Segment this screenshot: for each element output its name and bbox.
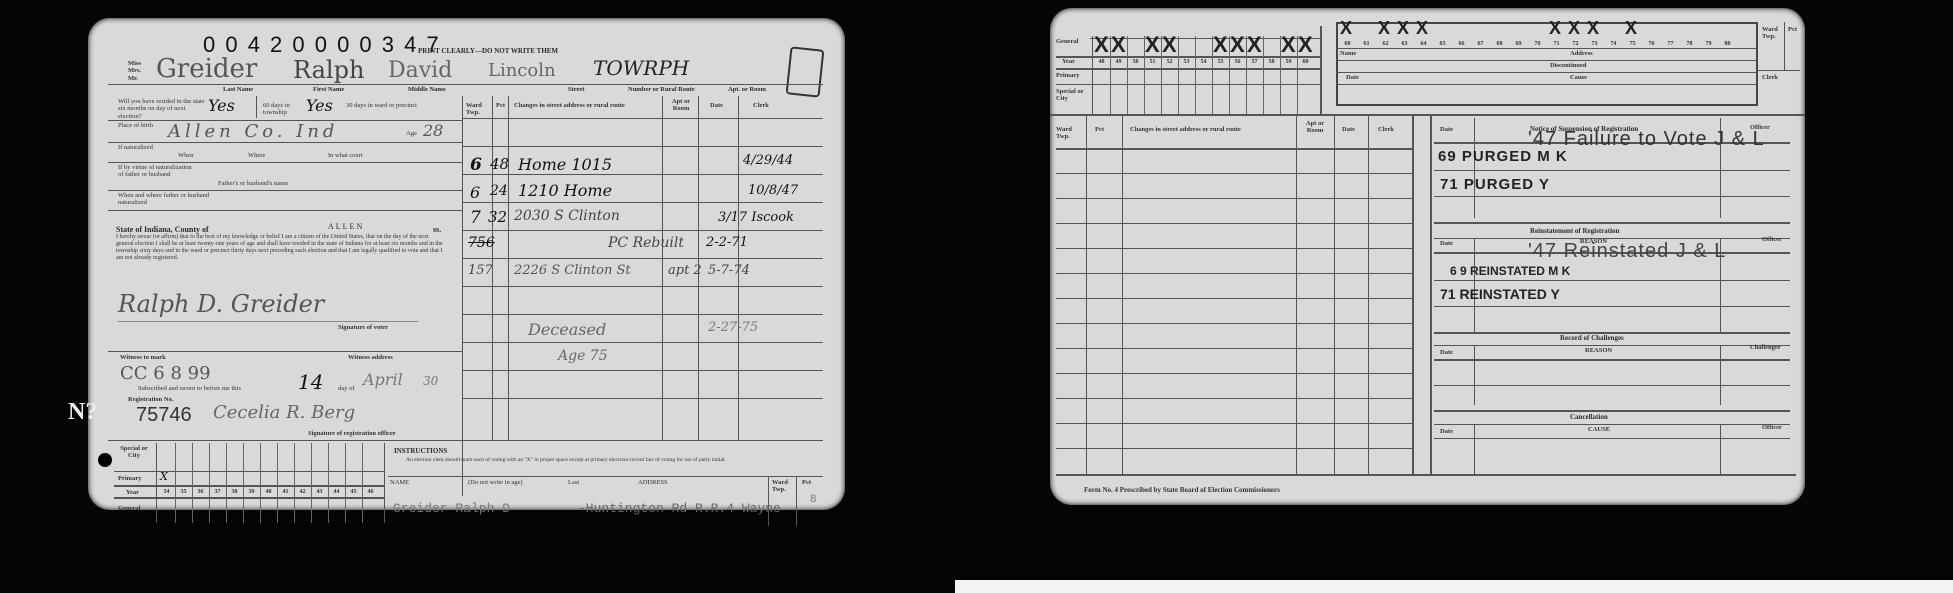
when-label: When — [178, 152, 194, 159]
row-label-special: Special or City — [1056, 88, 1092, 103]
year-cell: 41 — [277, 489, 294, 495]
registration-number: 75746 — [136, 404, 192, 427]
year-cell: 79 — [1699, 41, 1718, 47]
vote-mark: X — [1094, 32, 1109, 58]
cancellation-title: Cancellation — [1570, 414, 1608, 421]
year-cell: 69 — [1509, 41, 1528, 47]
signature-label: Signature of voter — [338, 324, 388, 331]
row-address: Deceased — [528, 320, 606, 339]
year-cell: 64 — [1414, 41, 1433, 47]
divider — [1178, 36, 1179, 114]
row-date: 4/29/44 — [743, 153, 793, 168]
punch-hole — [98, 453, 112, 467]
typed-name: Greider Ralph D — [393, 501, 510, 516]
year-cell: 42 — [294, 489, 311, 495]
divider — [1434, 306, 1790, 307]
when-where-label: When and where father or husband natural… — [118, 192, 228, 207]
col-date: Date — [710, 102, 723, 109]
clerk-stamp — [786, 46, 825, 97]
divider — [1056, 298, 1412, 299]
year-cell: 45 — [345, 489, 362, 495]
vote-mark: X — [1378, 18, 1390, 39]
divider — [462, 174, 823, 175]
challenges-date-label: Date — [1440, 349, 1453, 356]
street-label: Street — [568, 87, 584, 94]
year-cell: 51 — [1144, 59, 1161, 65]
year-cell: 73 — [1585, 41, 1604, 47]
last-label: Last — [568, 479, 579, 486]
year-cell: 40 — [260, 489, 277, 495]
year-cell: 56 — [1229, 59, 1246, 65]
divider — [462, 118, 823, 119]
vote-mark: X — [1549, 18, 1561, 39]
year-cell: 35 — [175, 489, 192, 495]
witness-mark-label: Witness to mark — [120, 354, 166, 361]
name-sub-label: Name — [1340, 50, 1356, 57]
divider — [462, 314, 823, 315]
year-cell: 54 — [1195, 59, 1212, 65]
divider — [1756, 70, 1800, 71]
divider — [1720, 345, 1721, 405]
row-address: Home 1015 — [518, 155, 612, 174]
registration-no-label: Registration No. — [128, 396, 174, 403]
clerk-label: Clerk — [1762, 74, 1778, 81]
address-sub-label: Address — [1570, 50, 1593, 57]
divider — [1434, 345, 1790, 346]
date-sub-label: Date — [1346, 74, 1359, 81]
row-label-general: General — [118, 505, 140, 512]
divider — [1368, 114, 1369, 474]
divider — [108, 84, 823, 85]
row-address: 1210 Home — [518, 181, 612, 200]
col-apt: Apt or Room — [666, 98, 696, 113]
divider — [108, 162, 462, 163]
divider — [1056, 68, 1321, 70]
challenges-reason-label: REASON — [1585, 347, 1612, 354]
form-footer: Form No. 4 Prescribed by State Board of … — [1084, 486, 1280, 494]
divider — [1056, 248, 1412, 249]
divider — [1056, 223, 1412, 224]
divider — [1784, 22, 1785, 70]
row-ward: 6 — [470, 183, 480, 202]
witness-code: CC 6 8 99 — [120, 363, 211, 384]
divider — [209, 443, 210, 523]
row-address: Age 75 — [558, 348, 608, 364]
sworn-month: April — [363, 370, 403, 389]
divider — [1720, 424, 1721, 474]
where-label: Where — [248, 152, 265, 159]
year-cell: 70 — [1528, 41, 1547, 47]
vote-mark: X — [1145, 32, 1160, 58]
divider — [108, 440, 823, 441]
divider — [1334, 114, 1335, 474]
address-label: ADDRESS — [638, 479, 668, 486]
divider — [1336, 84, 1756, 85]
divider — [277, 443, 278, 523]
divider — [1086, 114, 1087, 474]
divider — [1434, 280, 1790, 281]
divider — [118, 321, 418, 322]
vote-mark: X — [1397, 18, 1409, 39]
section-value: TOWRPH — [593, 56, 689, 80]
divider — [1056, 474, 1796, 476]
scan-margin — [955, 580, 1953, 593]
naturalized-label: If naturalized — [118, 144, 168, 151]
pct-label: Pct — [1788, 26, 1797, 33]
thirty-days-label: 30 days in ward or precinct — [346, 102, 426, 109]
section-label: Number or Rural Route — [628, 87, 695, 94]
suspension-entry: 69 PURGED M K — [1438, 148, 1568, 165]
registration-card-back: General Year Primary Special or City 48 … — [1050, 8, 1805, 505]
divider — [108, 190, 462, 191]
divider — [108, 142, 462, 143]
year-cell: 37 — [209, 489, 226, 495]
row-label-primary: Primary — [118, 475, 141, 482]
year-cell: 39 — [243, 489, 260, 495]
year-cell: 53 — [1178, 59, 1195, 65]
divider — [1430, 114, 1432, 474]
divider — [462, 286, 823, 287]
vote-mark: X — [1230, 32, 1245, 58]
last-name: Greider — [156, 54, 257, 84]
header-notice: PRINT CLEARLY—DO NOT WRITE THEM — [418, 48, 558, 55]
row-date: 2-27-75 — [708, 320, 758, 335]
divider — [1050, 114, 1805, 116]
divider — [311, 443, 312, 523]
row-pct: 24 — [490, 183, 508, 199]
divider — [1122, 114, 1123, 474]
year-cell: 65 — [1433, 41, 1452, 47]
cancellation-officer-label: Officer — [1762, 424, 1782, 431]
divider — [1320, 26, 1322, 114]
year-cell: 61 — [1357, 41, 1376, 47]
divider — [175, 443, 176, 523]
middle-name: David — [388, 58, 452, 83]
row-pct: 48 — [490, 155, 509, 173]
virtue-label: If by virtue of naturalization of father… — [118, 164, 198, 179]
divider — [1434, 196, 1790, 197]
sixty-days-value: Yes — [306, 96, 333, 115]
divider — [1434, 170, 1790, 171]
challenger-label: Challenger — [1750, 344, 1781, 351]
divider — [1434, 438, 1790, 439]
typed-pct: 8 — [810, 494, 817, 506]
row-label-year: Year — [126, 489, 139, 496]
divider — [243, 443, 244, 523]
row-label-year: Year — [1062, 58, 1075, 65]
year-cell: 59 — [1280, 59, 1297, 65]
divider — [1056, 373, 1412, 374]
year-cell: 77 — [1661, 41, 1680, 47]
cause-sub-label: Cause — [1570, 74, 1587, 81]
row-label-primary: Primary — [1056, 72, 1079, 79]
divider — [1056, 423, 1412, 424]
reinstatement-title: Reinstatement of Registration — [1530, 228, 1619, 235]
cancellation-cause-label: CAUSE — [1588, 426, 1610, 433]
divider — [1434, 385, 1790, 386]
year-cell: 49 — [1110, 59, 1127, 65]
divider — [1434, 359, 1790, 361]
divider — [1474, 118, 1475, 218]
row-ward: 6 — [470, 155, 482, 175]
birth-place-label: Place of birth — [118, 122, 158, 129]
subscribed-label: Subscribed and sworn to before me this — [138, 385, 241, 392]
year-cell: 75 — [1623, 41, 1642, 47]
divider — [1056, 198, 1412, 199]
vote-mark: X — [1568, 18, 1580, 39]
divider — [1056, 84, 1321, 85]
divider — [156, 443, 157, 523]
row-address: 2030 S Clinton — [514, 208, 620, 224]
instructions-text: An election clerk should mark each of vo… — [406, 457, 806, 463]
vote-mark: X — [1416, 18, 1428, 39]
divider — [260, 443, 261, 523]
divider — [226, 443, 227, 523]
divider — [462, 230, 823, 231]
divider — [114, 471, 384, 472]
row-address: PC Rebuilt — [608, 235, 684, 251]
row-date: 2-2-71 — [706, 235, 748, 250]
year-cell: 44 — [328, 489, 345, 495]
divider — [1056, 323, 1412, 324]
year-cell: 46 — [362, 489, 379, 495]
divider — [462, 398, 823, 399]
cancellation-date-label: Date — [1440, 428, 1453, 435]
divider — [1434, 222, 1790, 224]
year-cell: 76 — [1642, 41, 1661, 47]
year-cell: 67 — [1471, 41, 1490, 47]
divider — [388, 476, 823, 477]
reinstatement-entry: 6 9 REINSTATED M K — [1450, 264, 1570, 278]
col-ward: Ward Twp. — [466, 102, 490, 117]
year-cell: 48 — [1093, 59, 1110, 65]
divider — [294, 443, 295, 523]
divider — [462, 342, 823, 343]
year-cell: 38 — [226, 489, 243, 495]
row-pct: 32 — [488, 208, 507, 226]
year-cell: 57 — [1246, 59, 1263, 65]
col-address: Changes in street address or rural route — [514, 102, 625, 109]
row-ward: 7 — [470, 208, 481, 228]
divider — [462, 202, 823, 203]
officer-signature: Cecelia R. Berg — [213, 402, 355, 423]
divider — [662, 96, 663, 440]
vote-mark: X — [1111, 32, 1126, 58]
age-value: 28 — [423, 121, 443, 140]
col-ward: Ward Twp. — [1056, 126, 1080, 141]
oath-state-line: State of Indiana, County of — [116, 226, 209, 234]
divider — [362, 443, 363, 523]
year-cell: 71 — [1547, 41, 1566, 47]
divider — [345, 443, 346, 523]
divider — [1434, 238, 1790, 239]
col-date: Date — [1342, 126, 1355, 133]
first-name: Ralph — [293, 56, 364, 84]
year-cell: 74 — [1604, 41, 1623, 47]
year-cell: 52 — [1161, 59, 1178, 65]
oath-county: ALLEN — [328, 223, 364, 231]
challenges-title: Record of Challenges — [1560, 335, 1624, 342]
year-cell: 78 — [1680, 41, 1699, 47]
divider — [1195, 36, 1196, 114]
divider — [1263, 36, 1264, 114]
row-address: 2226 S Clinton St — [514, 263, 631, 278]
birth-place-value: Allen Co. Ind — [168, 121, 338, 142]
divider — [1434, 410, 1790, 412]
year-cell: 50 — [1127, 59, 1144, 65]
row-label-special: Special or City — [116, 445, 152, 460]
divider — [1092, 36, 1093, 114]
discontinued-sub-label: Discontinued — [1550, 62, 1586, 69]
divider — [114, 497, 384, 499]
divider — [1434, 424, 1790, 425]
row-pct: 756 — [468, 235, 495, 251]
ward-label: Ward Twp. — [1762, 26, 1782, 41]
divider — [1336, 48, 1756, 49]
divider — [1474, 345, 1475, 405]
witness-address-label: Witness address — [348, 354, 393, 361]
divider — [328, 443, 329, 523]
last-name-label: Last Name — [223, 87, 253, 94]
voter-signature: Ralph D. Greider — [118, 290, 324, 318]
year-cell: 60 — [1338, 41, 1357, 47]
divider — [1336, 72, 1756, 73]
divider — [1412, 114, 1414, 474]
col-clerk: Clerk — [1378, 126, 1394, 133]
divider — [1336, 60, 1756, 61]
year-cell: 36 — [192, 489, 209, 495]
divider — [1296, 114, 1297, 474]
divider — [1056, 348, 1412, 349]
year-cell: 66 — [1452, 41, 1471, 47]
divider — [1474, 424, 1475, 474]
divider — [1056, 398, 1412, 399]
sworn-day: 14 — [298, 370, 323, 394]
row-date: 10/8/47 — [748, 183, 798, 198]
vote-mark: X — [1587, 18, 1599, 39]
reinstatement-officer-label: Officer — [1762, 236, 1782, 243]
year-cell: 63 — [1395, 41, 1414, 47]
divider — [1056, 173, 1412, 174]
divider — [508, 96, 509, 440]
sworn-year: 30 — [423, 374, 438, 388]
divider — [114, 485, 384, 487]
year-cell: 55 — [1212, 59, 1229, 65]
divider — [108, 210, 462, 211]
divider — [1127, 36, 1128, 114]
street-name: Lincoln — [488, 60, 556, 81]
vote-mark: X — [1281, 32, 1296, 58]
instructions-title: INSTRUCTIONS — [394, 448, 447, 455]
divider — [192, 443, 193, 523]
first-name-label: First Name — [313, 87, 344, 94]
row-date: 5-7-74 — [708, 263, 750, 278]
divider — [108, 351, 462, 352]
row-pct: 157 — [468, 263, 493, 278]
divider — [462, 96, 463, 496]
divider — [462, 370, 823, 371]
divider — [1056, 273, 1412, 274]
divider — [384, 443, 385, 523]
col-apt: Apt or Room — [1298, 120, 1332, 135]
day-of-label: day of — [338, 385, 354, 392]
age-label: Age — [406, 130, 417, 137]
vote-mark: X — [1247, 32, 1262, 58]
vote-mark: X — [1213, 32, 1228, 58]
oath-text: I hereby swear (or affirm) that to the b… — [116, 234, 446, 262]
year-cell: 80 — [1718, 41, 1737, 47]
vote-mark: X — [1625, 18, 1637, 39]
registration-card-front: 0 0 4 2 0 0 0 0 3 4 7 PRINT CLEARLY—DO N… — [88, 18, 845, 510]
col-pct: Pct — [1095, 126, 1104, 133]
father-name-label: Father's or husband's name — [218, 180, 288, 187]
name-label: NAME — [390, 479, 409, 486]
year-cell: 34 — [158, 489, 175, 495]
divider — [796, 476, 797, 526]
court-label: In what court — [328, 152, 363, 159]
year-cell: 62 — [1376, 41, 1395, 47]
oath-ss: ss. — [433, 226, 441, 234]
officer-signature-label: Signature of registration officer — [308, 430, 396, 437]
do-not-write-label: (Do not write in age) — [468, 479, 523, 486]
six-months-value: Yes — [208, 96, 235, 115]
divider — [256, 96, 257, 118]
middle-name-label: Middle Name — [408, 87, 446, 94]
year-cell: 58 — [1263, 59, 1280, 65]
reinstatement-entry: 71 REINSTATED Y — [1440, 286, 1560, 302]
title-labels: MissMrs.Mr. — [128, 60, 141, 82]
row-date: 3/17 Iscook — [718, 210, 794, 225]
vote-mark: X — [1162, 32, 1177, 58]
divider — [1056, 448, 1412, 449]
year-cell: 72 — [1566, 41, 1585, 47]
col-address: Changes in street address or rural route — [1130, 126, 1241, 133]
reinstatement-date-label: Date — [1440, 240, 1453, 247]
ward-label: Ward Twp. — [772, 479, 794, 494]
year-cell: 60 — [1297, 59, 1314, 65]
registration-prefix: N? — [68, 399, 97, 426]
suspension-date-label: Date — [1440, 126, 1453, 133]
six-months-label: Will you have resided in the state six m… — [118, 98, 208, 120]
vote-mark: X — [1298, 32, 1313, 58]
pct-label: Pct — [802, 479, 811, 486]
row-apt: apt 2 — [668, 263, 702, 278]
col-clerk: Clerk — [753, 102, 769, 109]
col-pct: Pct — [496, 102, 505, 109]
divider — [462, 146, 823, 147]
year-cell: 68 — [1490, 41, 1509, 47]
typed-address: -Huntington Rd R.R.4 Wayne — [578, 501, 781, 516]
row-label-general: General — [1056, 38, 1078, 45]
divider — [1056, 148, 1412, 150]
vote-mark: X — [1340, 18, 1352, 39]
reinstatement-entry: '47 Reinstated J & L — [1528, 240, 1726, 263]
apt-label: Apt. or Room — [728, 87, 766, 94]
suspension-entry: 71 PURGED Y — [1440, 176, 1550, 193]
year-cell: 43 — [311, 489, 328, 495]
divider — [462, 258, 823, 259]
